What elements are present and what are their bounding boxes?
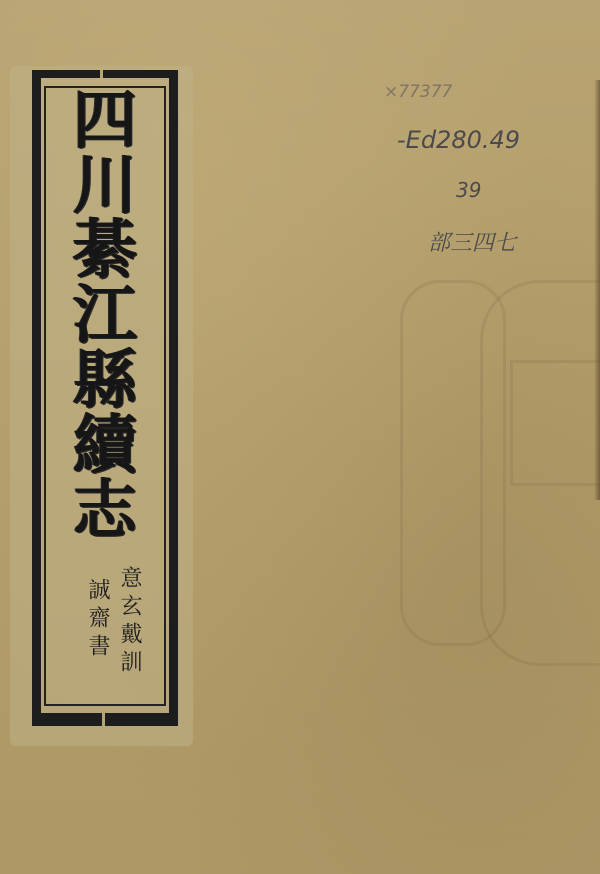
- credit-inscription-left: 誠齋書: [82, 578, 113, 662]
- title-char: 江: [73, 283, 137, 348]
- frame-gap: [100, 70, 103, 78]
- title-char: 四: [73, 88, 137, 153]
- cover-edge-shadow: [594, 80, 600, 500]
- ghost-print-shape: [510, 360, 600, 486]
- frame-gap: [102, 713, 105, 726]
- title-char: 志: [73, 478, 137, 543]
- catalog-number: ×77377: [384, 82, 452, 102]
- book-title: 四 川 綦 江 縣 續 志: [50, 88, 160, 543]
- title-char: 綦: [73, 218, 137, 283]
- call-number: -Ed280.49: [397, 126, 520, 154]
- volume-number: 39: [456, 178, 481, 202]
- title-char: 縣: [73, 348, 137, 413]
- title-char: 續: [73, 413, 137, 478]
- credit-inscription-right: 意玄戴訓: [114, 566, 145, 678]
- classification-note: 部三四七: [428, 226, 516, 257]
- title-char: 川: [73, 153, 137, 218]
